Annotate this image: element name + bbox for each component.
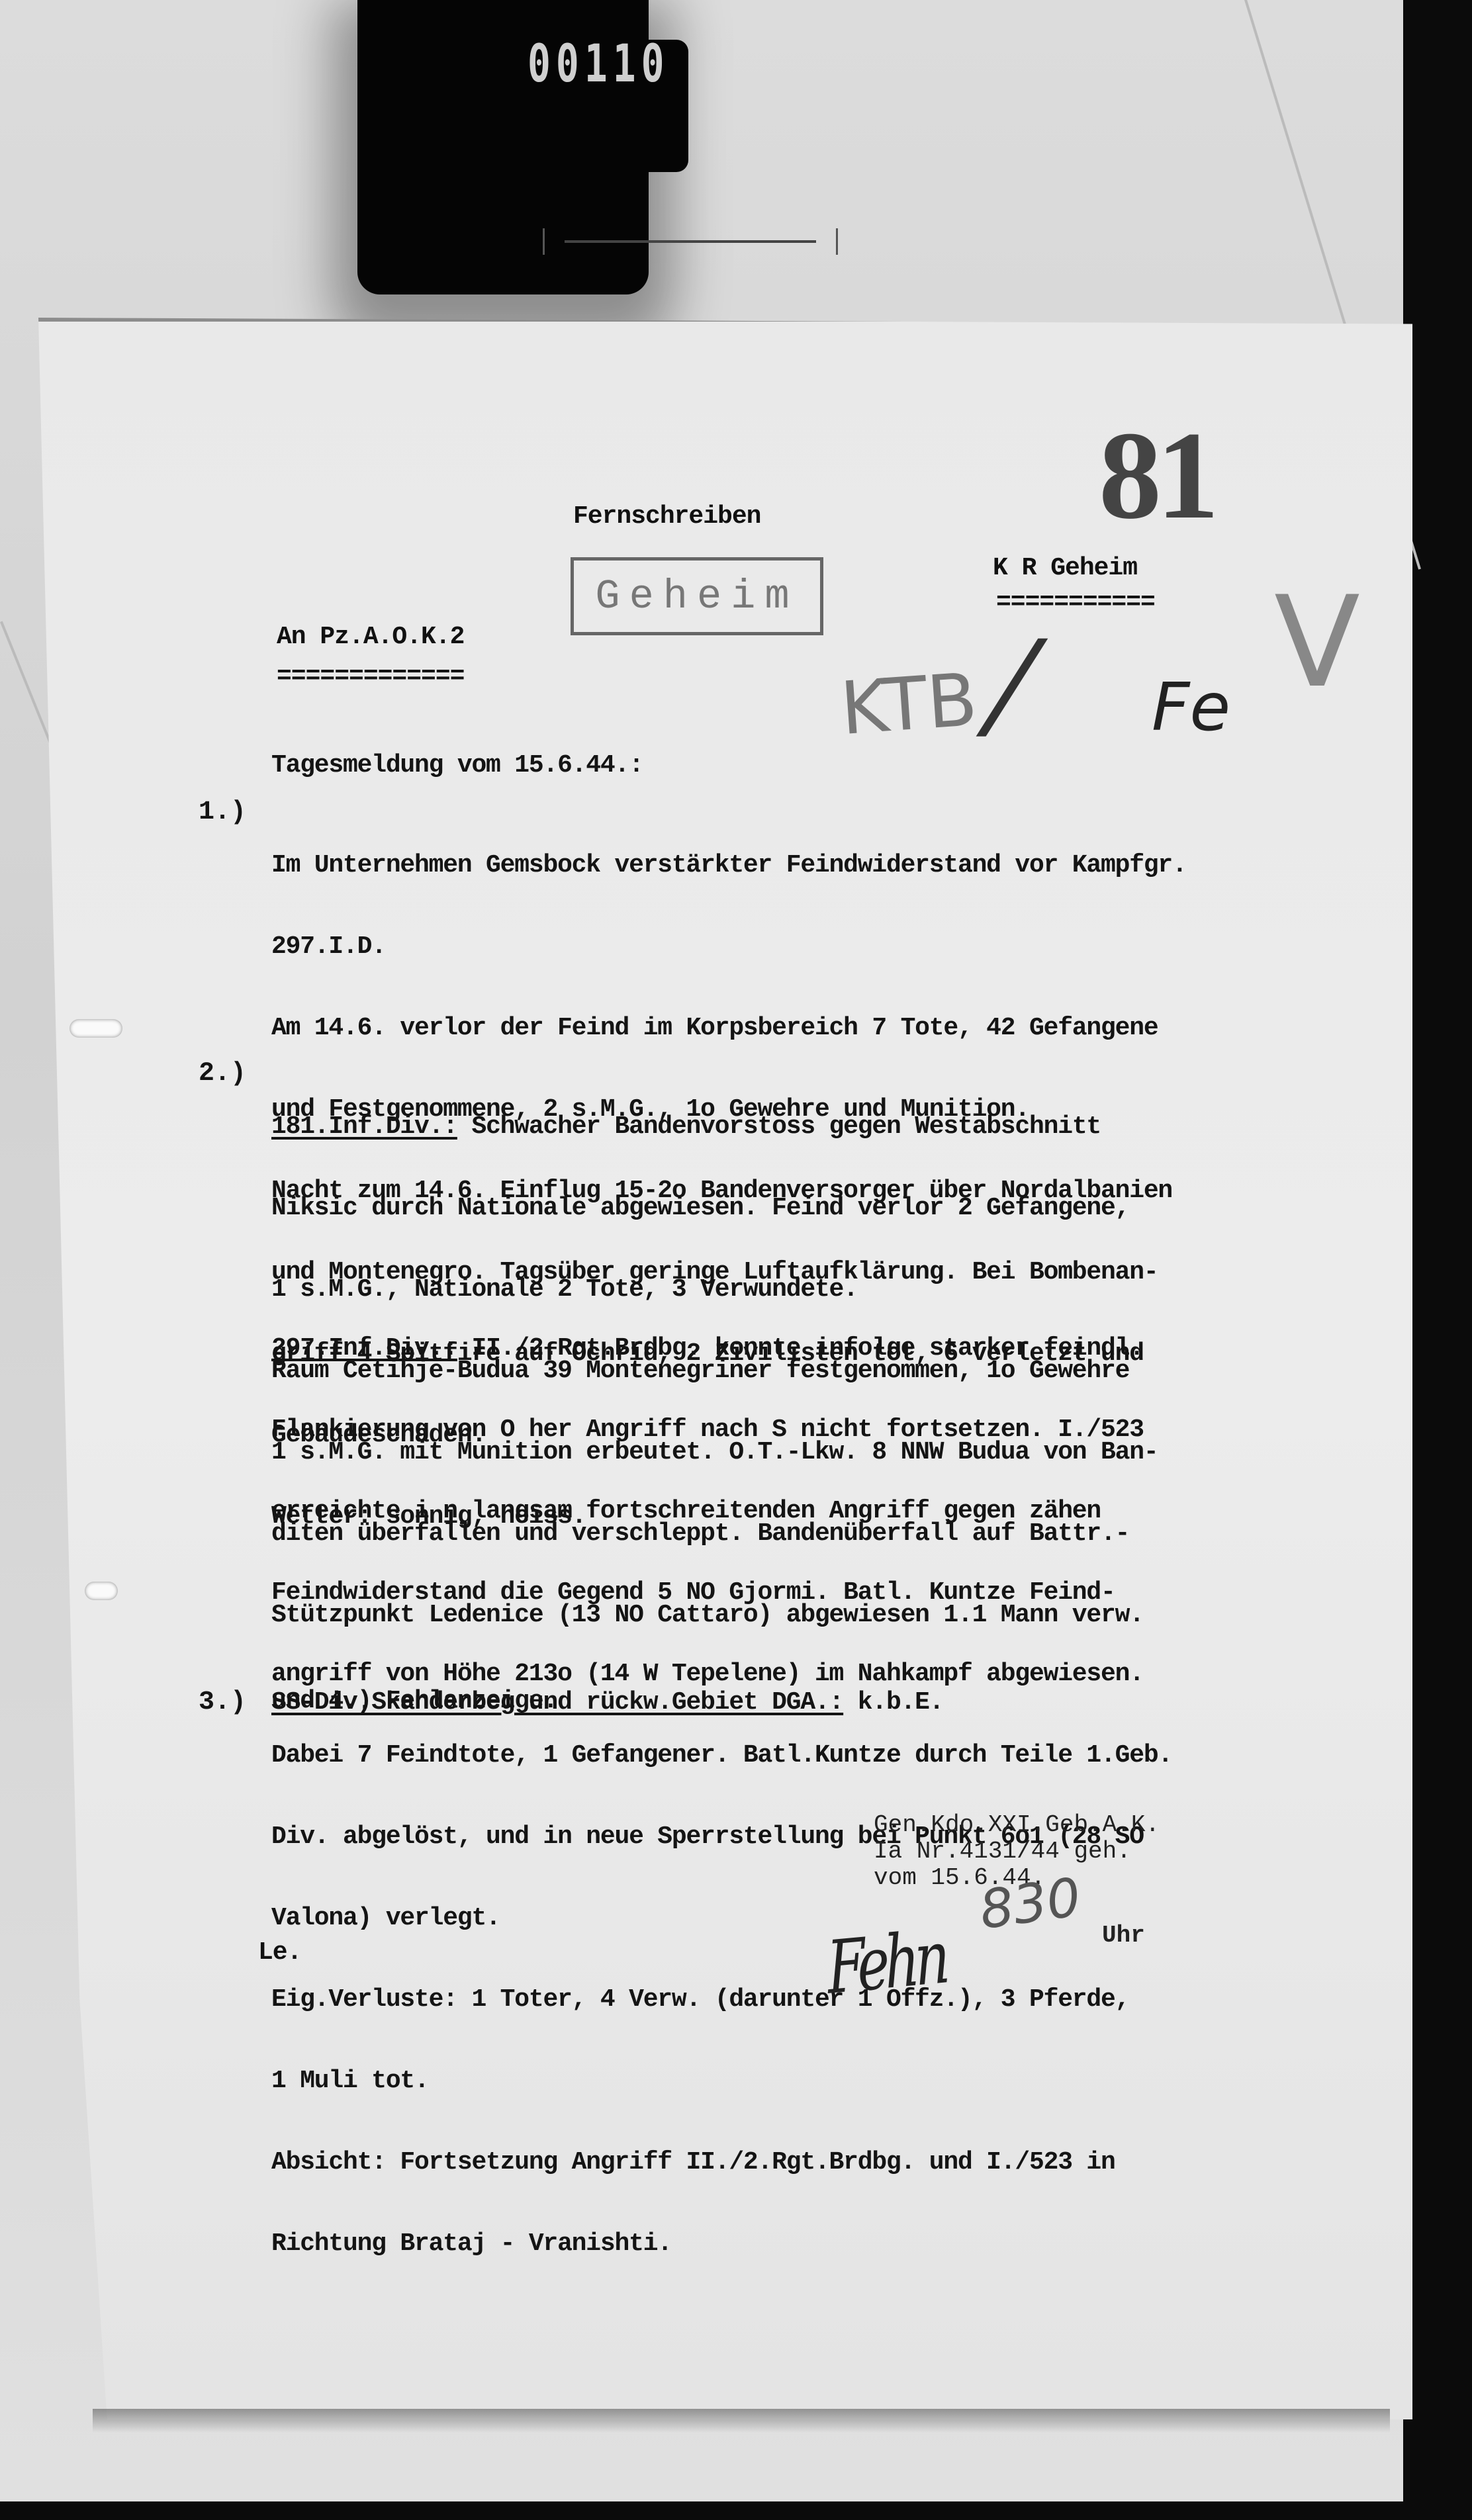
- section-number: 1.): [199, 797, 246, 827]
- classification-stamp: Geheim: [571, 557, 823, 635]
- signature: Fehn: [825, 1915, 947, 2010]
- recipient: An Pz.A.O.K.2: [277, 625, 464, 650]
- scan-border: [1403, 0, 1472, 2520]
- section-number: 2.): [199, 1059, 246, 1089]
- recipient-underline: =============: [277, 664, 464, 690]
- report-title: Tagesmeldung vom 15.6.44.:: [271, 752, 643, 779]
- typist-initials: Le.: [258, 1940, 301, 1965]
- kr-classification: K R Geheim: [993, 556, 1137, 581]
- time-unit: Uhr: [1102, 1922, 1145, 1949]
- handwritten-roman-mark: V: [1274, 569, 1360, 715]
- section-3-4-text: und 4.) Fehlanzeige.: [271, 1687, 557, 1715]
- handwritten-initials: Fe: [1152, 668, 1230, 746]
- unit-label: 297.Inf.Div.:: [271, 1334, 457, 1363]
- folio-number: 81: [1099, 404, 1214, 548]
- kr-underline: ===========: [996, 590, 1155, 615]
- sheet-shadow: [93, 2409, 1390, 2433]
- section-2-unit-297: 297.Inf.Div.: II./2.Rgt.Brdbg. konnte in…: [271, 1281, 1172, 2284]
- document-type: Fernschreiben: [573, 504, 760, 529]
- handwritten-ktb: KTB: [838, 657, 980, 751]
- section-number: 3.): [199, 1687, 246, 1717]
- binder-hole: [85, 1582, 118, 1600]
- reference-number: Ia Nr.4131/44 geh.: [874, 1838, 1131, 1865]
- frame-counter-slot: [543, 228, 838, 255]
- frame-counter-digits: 00110: [528, 33, 670, 94]
- unit-label: 181.Inf.Div.:: [271, 1112, 457, 1141]
- binder-hole: [69, 1019, 122, 1038]
- sender: Gen.Kdo.XXI.Geb.A.K.: [874, 1812, 1160, 1838]
